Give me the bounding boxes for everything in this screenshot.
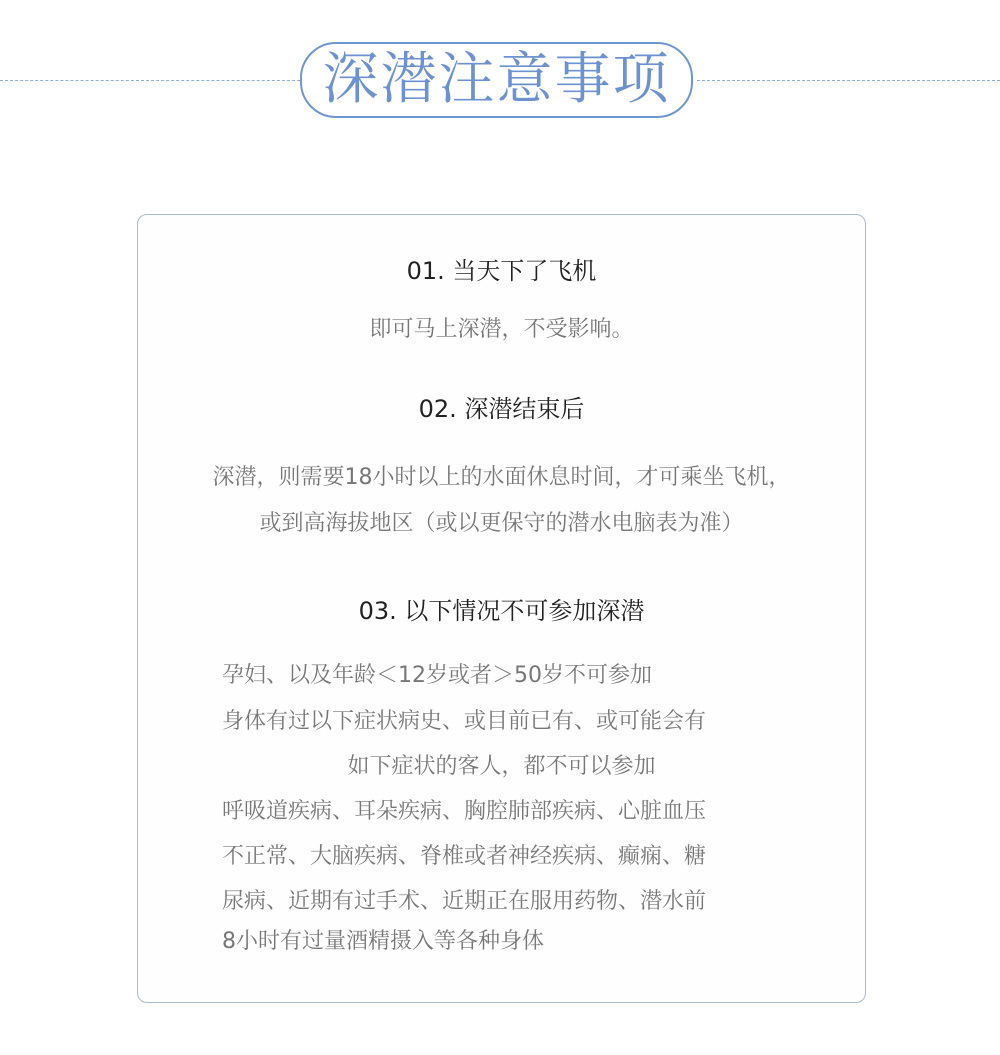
- section-02-line: 或到高海拔地区（或以更保守的潜水电脑表为准）: [138, 513, 865, 535]
- dashed-divider-right: [697, 80, 1000, 81]
- section-heading-02: 02. 深潜结束后: [138, 397, 865, 421]
- section-03-line: 如下症状的客人，都不可以参加: [138, 756, 865, 778]
- section-01-line: 即可马上深潜，不受影响。: [138, 319, 865, 341]
- section-03-line: 呼吸道疾病、耳朵疾病、胸腔肺部疾病、心脏血压: [222, 801, 706, 823]
- title-pill: 深潜注意事项: [300, 42, 693, 118]
- notes-card: 01. 当天下了飞机 即可马上深潜，不受影响。 02. 深潜结束后 深潜，则需要…: [137, 214, 866, 1003]
- section-heading-01: 01. 当天下了飞机: [138, 259, 865, 283]
- section-heading-03: 03. 以下情况不可参加深潜: [138, 599, 865, 623]
- dashed-divider-left: [0, 80, 300, 81]
- section-03-line: 尿病、近期有过手术、近期正在服用药物、潜水前: [222, 891, 706, 913]
- title-banner: 深潜注意事项: [0, 42, 1000, 122]
- section-03-line: 孕妇、以及年龄＜12岁或者＞50岁不可参加: [222, 665, 652, 687]
- section-03-line: 8小时有过量酒精摄入等各种身体: [222, 931, 544, 953]
- section-02-line: 深潜，则需要18小时以上的水面休息时间，才可乘坐飞机，: [138, 467, 865, 489]
- page-title: 深潜注意事项: [323, 52, 671, 108]
- section-03-line: 身体有过以下症状病史、或目前已有、或可能会有: [222, 711, 706, 733]
- section-03-line: 不正常、大脑疾病、脊椎或者神经疾病、癫痫、糖: [222, 846, 706, 868]
